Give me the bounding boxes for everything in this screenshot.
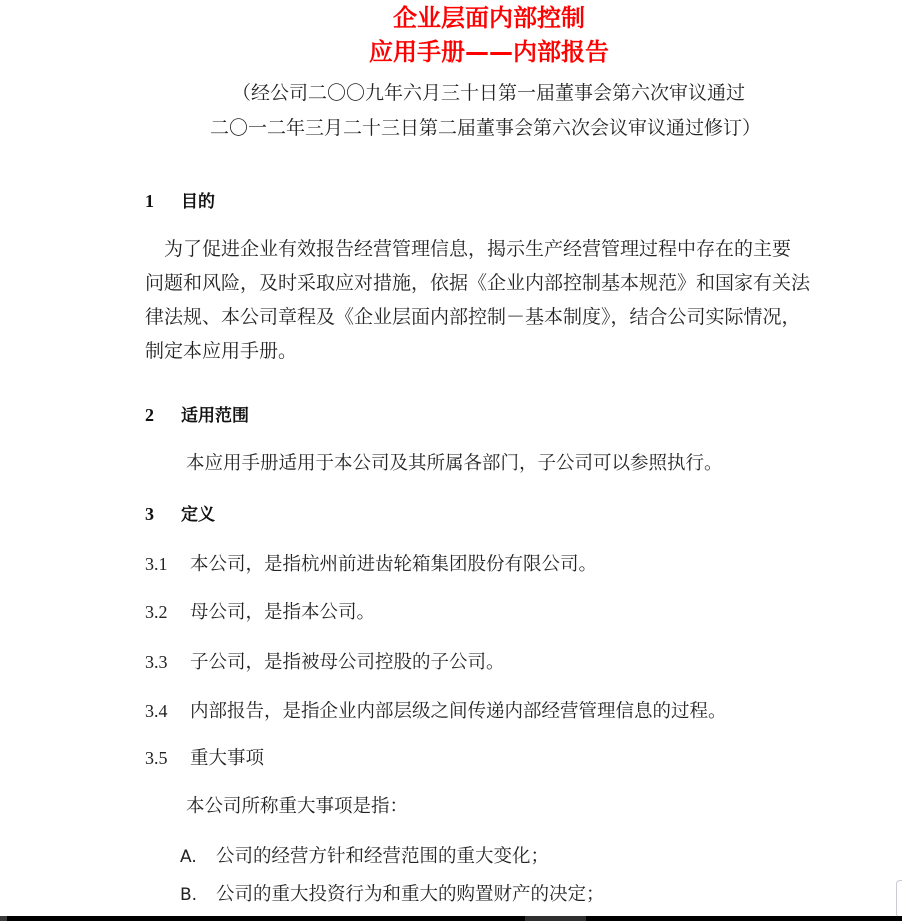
major-items-intro: 本公司所称重大事项是指： [186,795,408,819]
list-marker: B. [180,883,216,907]
section-number: 1 [145,189,181,213]
list-marker: A. [180,845,216,869]
major-item: A.公司的经营方针和经营范围的重大变化； [180,845,549,869]
section-title: 适用范围 [181,406,249,426]
section-number: 3 [145,502,181,526]
horizontal-scrollbar[interactable] [0,916,902,921]
paragraph-line: 制定本应用手册。 [145,334,845,368]
definition-item: 3.5重大事项 [145,746,264,771]
document-title-line1: 企业层面内部控制 [38,3,902,33]
definition-number: 3.2 [145,600,190,624]
paragraph-line: 问题和风险，及时采取应对措施，依据《企业内部控制基本规范》和国家有关法 [145,266,845,300]
list-item-text: 公司的经营方针和经营范围的重大变化； [216,846,549,867]
section-paragraph-scope: 本应用手册适用于本公司及其所属各部门，子公司可以参照执行。 [186,452,723,476]
scrollbar-left-cap [0,916,7,921]
definition-number: 3.4 [145,699,190,723]
section-heading-scope: 2适用范围 [145,403,249,428]
definition-text: 内部报告，是指企业内部层级之间传递内部经营管理信息的过程。 [190,701,727,722]
document-subtitle-line2: 二〇一二年三月二十三日第二届董事会第六次会议审议通过修订） [210,115,761,141]
definition-number: 3.1 [145,552,190,576]
paragraph-line: 律法规、本公司章程及《企业层面内部控制－基本制度》，结合公司实际情况， [145,300,845,334]
definition-item: 3.1本公司，是指杭州前进齿轮箱集团股份有限公司。 [145,552,597,577]
section-heading-definitions: 3定义 [145,502,215,527]
section-title: 定义 [181,505,215,525]
definition-item: 3.2母公司，是指本公司。 [145,600,375,625]
section-heading-purpose: 1目的 [145,189,215,214]
definition-text: 母公司，是指本公司。 [190,602,375,623]
document-subtitle-line1: （经公司二〇〇九年六月三十日第一届董事会第六次审议通过 [232,80,745,106]
section-title: 目的 [181,192,215,212]
definition-number: 3.5 [145,746,190,770]
definition-text: 本公司，是指杭州前进齿轮箱集团股份有限公司。 [190,554,597,575]
list-item-text: 公司的重大投资行为和重大的购置财产的决定； [216,884,605,905]
section-number: 2 [145,403,181,427]
definition-item: 3.4内部报告，是指企业内部层级之间传递内部经营管理信息的过程。 [145,699,727,724]
definition-text: 重大事项 [190,748,264,769]
definition-text: 子公司，是指被母公司控股的子公司。 [190,652,505,673]
side-panel-tab[interactable] [896,880,902,918]
major-item: B.公司的重大投资行为和重大的购置财产的决定； [180,883,605,907]
paragraph-line: 为了促进企业有效报告经营管理信息，揭示生产经营管理过程中存在的主要 [145,232,845,266]
document-page: 企业层面内部控制 应用手册——内部报告 （经公司二〇〇九年六月三十日第一届董事会… [0,0,902,916]
document-title-line2: 应用手册——内部报告 [38,37,902,67]
scrollbar-thumb[interactable] [525,916,586,921]
definition-item: 3.3子公司，是指被母公司控股的子公司。 [145,650,505,675]
definition-number: 3.3 [145,650,190,674]
section-paragraph-purpose: 为了促进企业有效报告经营管理信息，揭示生产经营管理过程中存在的主要 问题和风险，… [145,232,845,368]
